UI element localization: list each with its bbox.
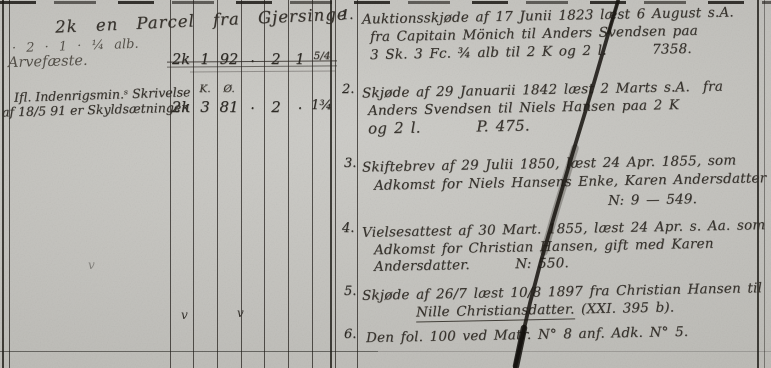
- top-border-rule: [0, 1, 771, 4]
- entry-4-line-3: Andersdatter. N: 550.: [374, 256, 569, 275]
- value-cell-1: 3: [193, 98, 217, 116]
- entry-number-2: 2.: [342, 83, 354, 97]
- value-cell-2: 81: [217, 98, 241, 116]
- parcel-heading: 2k en Parcel fra Gjersinge: [55, 5, 348, 36]
- value-cell-6: 1¾: [310, 98, 333, 113]
- entry-number-5: 5.: [344, 285, 356, 299]
- tenure-note: Arvefæste.: [8, 54, 88, 72]
- ledger-page: 2k en Parcel fra Gjersinge · 2 · 1 · ¼ a…: [0, 0, 771, 368]
- underlined-name: Nille Christiansdatter.: [416, 301, 575, 322]
- check-mark-2: v: [181, 308, 188, 322]
- entry-5-line-1: Skjøde af 26/7 læst 10/8 1897 fra Christ…: [362, 281, 762, 304]
- entry-2-line-3: og 2 l. P. 475.: [368, 117, 530, 137]
- value-cell-5: ·: [288, 101, 312, 117]
- value-cell-3: ·: [241, 101, 264, 117]
- entry-3-reference: N: 9 — 549.: [608, 192, 697, 209]
- value-cell-matr: 2k: [169, 98, 193, 116]
- value-cell-4: 2: [264, 98, 288, 116]
- column-header-kroner: K.: [193, 83, 217, 95]
- column-header-ore: Ø.: [217, 83, 241, 95]
- bottom-rule-left: [0, 351, 378, 352]
- strikethrough-line-3: [190, 70, 335, 72]
- entry-number-4: 4.: [342, 222, 354, 236]
- entry-number-3: 3.: [344, 157, 356, 171]
- check-mark-3: v: [237, 306, 244, 320]
- check-mark-1: v: [88, 258, 95, 272]
- entry-5-line-2: Nille Christiansdatter. (XXI. 395 b).: [416, 301, 675, 321]
- ministry-note-line-2: af 18/5 91 er Skyldsætningen: [2, 101, 190, 120]
- left-margin-rule-outer: [2, 0, 4, 368]
- entry-1-line-3: 3 Sk. 3 Fc. ¾ alb til 2 K og 2 l. 7358.: [370, 42, 692, 63]
- entry-6-line-1: Den fol. 100 ved Matr. N° 8 anf. Adk. N°…: [366, 325, 689, 346]
- section-divider-rule-b: [335, 0, 336, 368]
- entry-number-divider-rule: [357, 0, 358, 368]
- register-reference: (XXI. 395 b).: [574, 300, 674, 318]
- bottom-rule-right: [378, 351, 771, 352]
- entry-3-line-2: Adkomst for Niels Hansens Enke, Karen An…: [374, 171, 767, 193]
- entry-number-6: 6.: [344, 328, 356, 342]
